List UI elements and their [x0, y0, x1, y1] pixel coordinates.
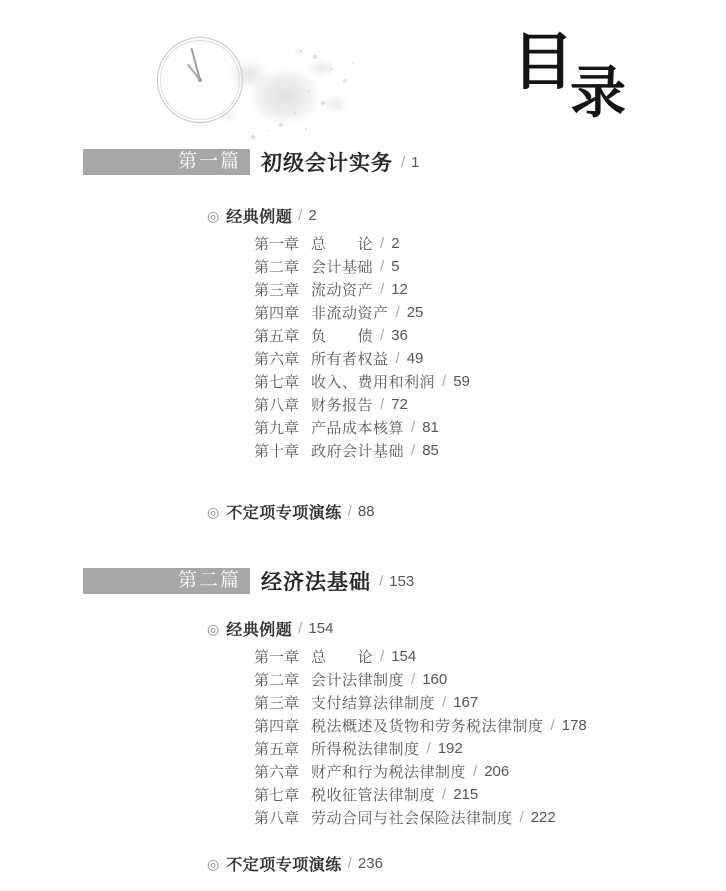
ring-bullet-icon: ◎: [207, 857, 219, 871]
chapter-title: 收入、费用和利润: [311, 371, 435, 392]
chapter-number: 第九章: [254, 417, 311, 438]
chapter-number: 第一章: [254, 646, 311, 667]
chapter-number: 第五章: [254, 325, 311, 346]
clock-center-dot-icon: [198, 78, 202, 82]
chapter-row: 第十章 政府会计基础 / 85: [254, 439, 726, 462]
toc-part: 第二篇 经济法基础 / 153 ◎ 经典例题 / 154 第一章 总 论 / 1…: [0, 568, 726, 875]
section-label: 经典例题: [226, 617, 292, 640]
chapter-row: 第一章 总 论 / 2: [254, 232, 726, 255]
chapter-number: 第六章: [254, 761, 311, 782]
chapter-title: 流动资产: [311, 279, 373, 300]
page-title: 目 录: [512, 28, 672, 138]
slash-separator: /: [348, 855, 352, 872]
section-page-number: 2: [308, 207, 316, 224]
slash-separator: /: [442, 373, 446, 390]
clock-ink-decoration: [0, 0, 420, 149]
slash-separator: /: [380, 235, 384, 252]
chapter-number: 第三章: [254, 692, 311, 713]
toc-body: 第一篇 初级会计实务 / 1 ◎ 经典例题 / 2 第一章 总 论 / 2 第二…: [0, 149, 726, 875]
section-page-number: 154: [308, 620, 333, 637]
slash-separator: /: [380, 648, 384, 665]
section-header: ◎ 不定项专项演练 / 88: [207, 500, 726, 523]
slash-separator: /: [298, 207, 302, 224]
slash-separator: /: [348, 503, 352, 520]
part-badge: 第一篇: [83, 149, 250, 175]
chapter-number: 第七章: [254, 784, 311, 805]
chapter-page-number: 5: [391, 258, 399, 275]
chapter-number: 第三章: [254, 279, 311, 300]
chapter-title: 非流动资产: [311, 302, 389, 323]
slash-separator: /: [379, 573, 383, 590]
chapter-title: 财务报告: [311, 394, 373, 415]
slash-separator: /: [427, 740, 431, 757]
ink-dots-decoration: [300, 50, 302, 52]
part-sections: ◎ 经典例题 / 2 第一章 总 论 / 2 第二章 会计基础 / 5 第三章 …: [0, 204, 726, 523]
slash-separator: /: [380, 327, 384, 344]
part-page-group: / 1: [395, 154, 420, 171]
chapter-number: 第十章: [254, 440, 311, 461]
slash-separator: /: [380, 258, 384, 275]
section-label: 不定项专项演练: [226, 500, 342, 523]
chapter-number: 第一章: [254, 233, 311, 254]
chapter-page-number: 36: [391, 327, 408, 344]
chapter-number: 第六章: [254, 348, 311, 369]
chapter-title: 税法概述及货物和劳务税法律制度: [311, 715, 544, 736]
chapter-title: 所得税法律制度: [311, 738, 420, 759]
part-title: 初级会计实务: [261, 147, 393, 177]
chapter-row: 第六章 财产和行为税法律制度 / 206: [254, 760, 726, 783]
part-badge: 第二篇: [83, 568, 250, 594]
chapter-page-number: 59: [453, 373, 470, 390]
toc-section: ◎ 不定项专项演练 / 88: [0, 500, 726, 523]
slash-separator: /: [401, 154, 405, 171]
chapter-number: 第二章: [254, 256, 311, 277]
chapter-number: 第五章: [254, 738, 311, 759]
section-chapters: 第一章 总 论 / 2 第二章 会计基础 / 5 第三章 流动资产 / 12 第…: [0, 232, 726, 462]
chapter-row: 第四章 非流动资产 / 25: [254, 301, 726, 324]
toc-section: ◎ 经典例题 / 154 第一章 总 论 / 154 第二章 会计法律制度 / …: [0, 617, 726, 829]
section-header: ◎ 经典例题 / 2: [207, 204, 726, 227]
chapter-number: 第四章: [254, 302, 311, 323]
chapter-row: 第七章 收入、费用和利润 / 59: [254, 370, 726, 393]
section-chapters: 第一章 总 论 / 154 第二章 会计法律制度 / 160 第三章 支付结算法…: [0, 645, 726, 829]
slash-separator: /: [473, 763, 477, 780]
chapter-row: 第三章 支付结算法律制度 / 167: [254, 691, 726, 714]
chapter-title: 劳动合同与社会保险法律制度: [311, 807, 513, 828]
chapter-page-number: 2: [391, 235, 399, 252]
ring-bullet-icon: ◎: [207, 622, 219, 636]
page-title-char: 目: [512, 32, 574, 94]
ring-bullet-icon: ◎: [207, 209, 219, 223]
toc-section: ◎ 经典例题 / 2 第一章 总 论 / 2 第二章 会计基础 / 5 第三章 …: [0, 204, 726, 462]
chapter-row: 第五章 所得税法律制度 / 192: [254, 737, 726, 760]
chapter-page-number: 81: [422, 419, 439, 436]
chapter-row: 第九章 产品成本核算 / 81: [254, 416, 726, 439]
chapter-page-number: 192: [438, 740, 463, 757]
chapter-number: 第四章: [254, 715, 311, 736]
chapter-row: 第五章 负 债 / 36: [254, 324, 726, 347]
chapter-page-number: 72: [391, 396, 408, 413]
chapter-page-number: 167: [453, 694, 478, 711]
chapter-title: 会计法律制度: [311, 669, 404, 690]
chapter-title: 税收征管法律制度: [311, 784, 435, 805]
chapter-title: 政府会计基础: [311, 440, 404, 461]
chapter-number: 第八章: [254, 394, 311, 415]
toc-page: { "ui": { "slash": "/", "icons": { "ring…: [0, 0, 726, 891]
part-page-number: 153: [389, 573, 414, 590]
chapter-page-number: 222: [531, 809, 556, 826]
section-header: ◎ 经典例题 / 154: [207, 617, 726, 640]
chapter-title: 总 论: [311, 646, 373, 667]
slash-separator: /: [411, 442, 415, 459]
chapter-title: 会计基础: [311, 256, 373, 277]
chapter-row: 第八章 财务报告 / 72: [254, 393, 726, 416]
slash-separator: /: [396, 304, 400, 321]
page-header: 目 录: [0, 0, 726, 149]
toc-part: 第一篇 初级会计实务 / 1 ◎ 经典例题 / 2 第一章 总 论 / 2 第二…: [0, 149, 726, 523]
chapter-row: 第一章 总 论 / 154: [254, 645, 726, 668]
part-page-number: 1: [411, 154, 419, 171]
slash-separator: /: [380, 281, 384, 298]
chapter-page-number: 154: [391, 648, 416, 665]
section-header: ◎ 不定项专项演练 / 236: [207, 852, 726, 875]
chapter-row: 第六章 所有者权益 / 49: [254, 347, 726, 370]
chapter-page-number: 49: [407, 350, 424, 367]
slash-separator: /: [298, 620, 302, 637]
toc-section: ◎ 不定项专项演练 / 236: [0, 852, 726, 875]
chapter-row: 第八章 劳动合同与社会保险法律制度 / 222: [254, 806, 726, 829]
page-title-char: 录: [570, 66, 626, 122]
chapter-number: 第七章: [254, 371, 311, 392]
slash-separator: /: [442, 694, 446, 711]
slash-separator: /: [442, 786, 446, 803]
part-title: 经济法基础: [261, 566, 371, 596]
section-page-number: 236: [358, 855, 383, 872]
chapter-page-number: 160: [422, 671, 447, 688]
chapter-page-number: 25: [407, 304, 424, 321]
chapter-row: 第七章 税收征管法律制度 / 215: [254, 783, 726, 806]
section-label: 不定项专项演练: [226, 852, 342, 875]
chapter-title: 总 论: [311, 233, 373, 254]
slash-separator: /: [520, 809, 524, 826]
ink-splash-decoration: [212, 38, 352, 138]
chapter-row: 第二章 会计法律制度 / 160: [254, 668, 726, 691]
section-label: 经典例题: [226, 204, 292, 227]
part-sections: ◎ 经典例题 / 154 第一章 总 论 / 154 第二章 会计法律制度 / …: [0, 617, 726, 875]
chapter-row: 第三章 流动资产 / 12: [254, 278, 726, 301]
slash-separator: /: [380, 396, 384, 413]
chapter-title: 负 债: [311, 325, 373, 346]
chapter-number: 第八章: [254, 807, 311, 828]
part-header: 第一篇 初级会计实务 / 1: [0, 149, 726, 175]
ring-bullet-icon: ◎: [207, 505, 219, 519]
chapter-row: 第四章 税法概述及货物和劳务税法律制度 / 178: [254, 714, 726, 737]
section-page-number: 88: [358, 503, 375, 520]
slash-separator: /: [396, 350, 400, 367]
chapter-number: 第二章: [254, 669, 311, 690]
part-page-group: / 153: [373, 573, 414, 590]
chapter-title: 财产和行为税法律制度: [311, 761, 466, 782]
chapter-page-number: 206: [484, 763, 509, 780]
part-header: 第二篇 经济法基础 / 153: [0, 568, 726, 594]
slash-separator: /: [411, 671, 415, 688]
chapter-title: 产品成本核算: [311, 417, 404, 438]
slash-separator: /: [551, 717, 555, 734]
chapter-page-number: 178: [562, 717, 587, 734]
chapter-title: 所有者权益: [311, 348, 389, 369]
chapter-page-number: 85: [422, 442, 439, 459]
slash-separator: /: [411, 419, 415, 436]
chapter-row: 第二章 会计基础 / 5: [254, 255, 726, 278]
chapter-page-number: 12: [391, 281, 408, 298]
chapter-page-number: 215: [453, 786, 478, 803]
chapter-title: 支付结算法律制度: [311, 692, 435, 713]
